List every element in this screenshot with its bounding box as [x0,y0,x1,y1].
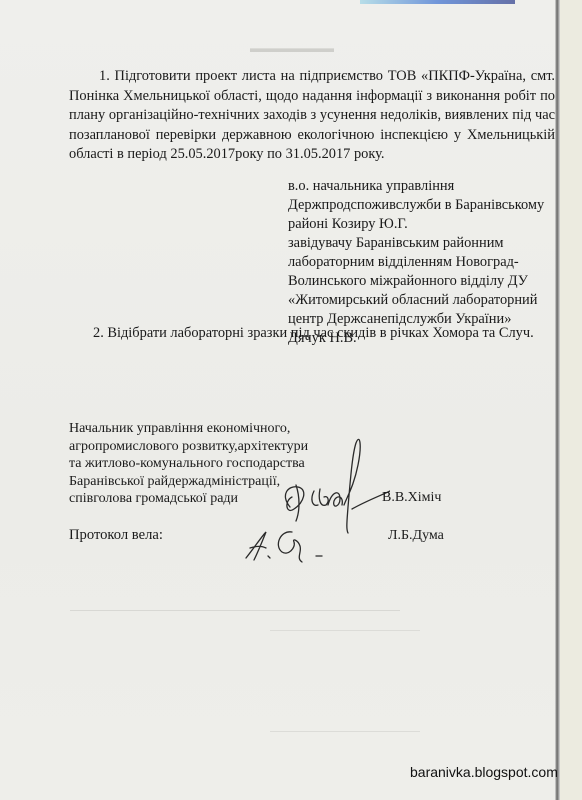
recipient-line: в.о. начальника управління [288,177,558,196]
recipient-line: «Житомирський обласний лабораторний [288,291,558,310]
scan-color-strip [360,0,515,4]
recipient-line: Волинського міжрайонного відділу ДУ [288,272,558,291]
agenda-item-2: 2. Відібрати лабораторні зразки під час … [93,324,553,344]
agenda-item-1: 1. Підготовити проект листа на підприємс… [69,67,555,165]
recipients-block: в.о. начальника управління Держпродспожи… [288,177,558,348]
signatory-name: В.В.Хіміч [382,488,441,508]
recipient-line: завідувачу Баранівським районним [288,234,558,253]
item-1-number: 1. [99,68,110,84]
bleed-through-text [270,630,420,732]
item-1-text: Підготовити проект листа на підприємство… [69,68,555,162]
signature-duma-icon [240,518,330,568]
bleed-through-text: ▬▬▬▬▬▬▬ [250,40,334,56]
scan-margin [560,0,582,800]
recipient-line: лабораторним відділенням Новоград- [288,253,558,272]
blog-watermark: baranivka.blogspot.com [410,764,558,780]
scanned-page: ▬▬▬▬▬▬▬ 1. Підготовити проект листа на п… [0,0,582,800]
protocol-label: Протокол вела: [69,526,163,546]
bleed-through-text [70,610,400,611]
protocol-keeper-name: Л.Б.Дума [388,526,444,546]
recipient-line: районі Козиру Ю.Г. [288,215,558,234]
recipient-line: Держпродспоживслужби в Баранівському [288,196,558,215]
